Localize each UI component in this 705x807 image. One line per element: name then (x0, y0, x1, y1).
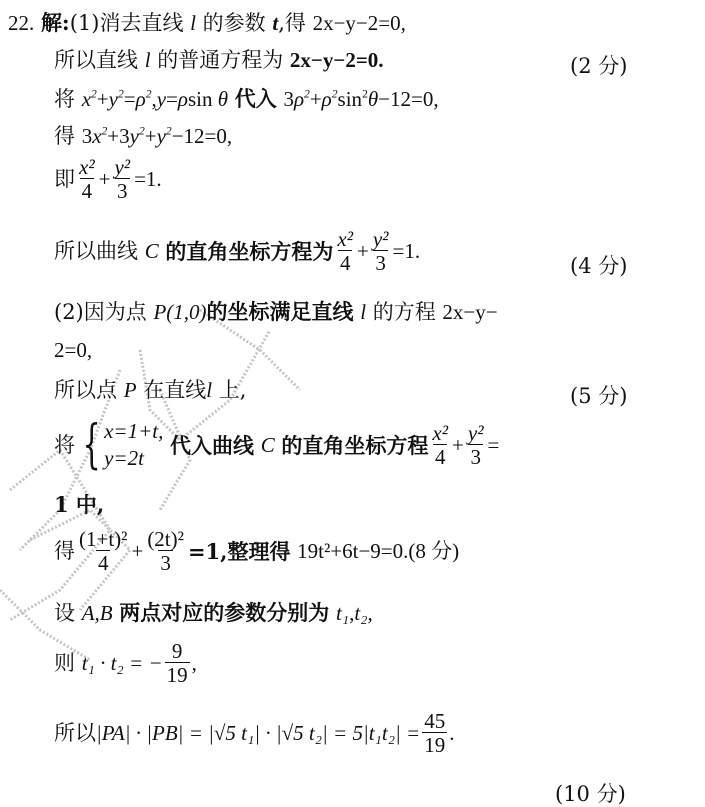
fraction-y2-3: y²3 (112, 156, 132, 203)
score-5: (5 分) (570, 380, 627, 410)
equation: |PA| · |PB| = |√5 t₁| · |√5 t₂| = 5|t₁t₂… (96, 723, 420, 744)
fraction-9-19: 919 (165, 640, 190, 687)
equation: 2x−y−2=0. (290, 48, 384, 72)
text: 则 (54, 653, 75, 674)
point-p: P(1,0) (153, 300, 206, 324)
text: 得 (54, 124, 75, 148)
fraction-1t-4: (1+t)²4 (77, 528, 129, 575)
equation: 2x−y− (442, 300, 497, 324)
solution-line-11: 1 中, (54, 494, 104, 515)
score-8: (8 分) (408, 541, 459, 562)
solution-label: 解: (41, 10, 70, 35)
text: 的参数 (203, 11, 266, 35)
text: 代入 (235, 86, 277, 111)
problem-number: 22. (8, 11, 34, 35)
solution-line-5: 即 x²4 + y²3 =1. (54, 156, 162, 203)
fraction-y2-3: y²3 (371, 228, 391, 275)
text: 设 (54, 601, 75, 625)
text: 的直角坐标方程 (281, 435, 428, 456)
equation: 2x−y−2=0, (313, 11, 406, 35)
solution-line-15: 所以 |PA| · |PB| = |√5 t₁| · |√5 t₂| = 5|t… (54, 710, 454, 757)
fraction-x2-4: x²4 (430, 422, 450, 469)
text: 的坐标满足直线 (207, 299, 354, 324)
solution-line-12: 得 (1+t)²4 + (2t)²3 =1,整理得 19t²+6t−9=0. (… (54, 528, 459, 575)
solution-line-3: 将 x2+y2=ρ2,y=ρsin θ 代入 3ρ2+ρ2sin2θ−12=0, (54, 88, 439, 110)
fraction-x2-4: x²4 (77, 156, 97, 203)
text: 得 (54, 541, 75, 562)
text: 将 (54, 87, 75, 111)
text: 的直角坐标方程为 (165, 241, 333, 262)
fraction-y2-3: y²3 (466, 422, 486, 469)
solution-line-14: 则 t₁ · t₂ = − 919 , (54, 640, 197, 687)
equation: 2=0, (54, 338, 92, 362)
fraction-2t-3: (2t)²3 (145, 528, 186, 575)
solution-line-4: 得 3x2+3y2+y2−12=0, (54, 126, 232, 147)
text: 即 (54, 169, 75, 190)
text: 上, (219, 378, 247, 402)
text: (2)因为点 (54, 300, 147, 324)
solution-line-1: 22. 解:(1)消去直线 l 的参数 t,得 2x−y−2=0, (8, 12, 406, 34)
text: 代入曲线 (170, 435, 254, 456)
solution-line-2: 所以直线 l 的普通方程为 2x−y−2=0. (54, 50, 384, 71)
score-4: (4 分) (570, 250, 627, 280)
score-2: (2 分) (570, 50, 627, 80)
fraction-x2-4: x²4 (335, 228, 355, 275)
text: 的普通方程为 (157, 48, 283, 72)
text: 在直线 (143, 378, 206, 402)
equation-system: { x=1+t,y=2t (75, 418, 163, 473)
text: 所以曲线 (54, 241, 138, 262)
var-l: l (190, 11, 196, 35)
score-10: (10 分) (555, 778, 626, 807)
solution-line-13: 设 A,B 两点对应的参数分别为 t₁,t₂, (54, 602, 373, 624)
part1-text: (1)消去直线 (70, 11, 184, 35)
text: =1,整理得 (188, 541, 291, 562)
text: 两点对应的参数分别为 (119, 600, 329, 625)
fraction-45-19: 4519 (422, 710, 447, 757)
solution-line-9: 所以点 P 在直线l 上, (54, 380, 246, 401)
equation: 19t²+6t−9=0. (297, 541, 408, 562)
text: 所以直线 (54, 48, 138, 72)
var-l: l (145, 48, 151, 72)
solution-line-8: 2=0, (54, 340, 92, 361)
solution-line-6: 所以曲线 C 的直角坐标方程为 x²4 + y²3 =1. (54, 228, 420, 275)
text: 的方程 (373, 300, 436, 324)
text: 所以 (54, 723, 96, 744)
text: ,得 (278, 11, 306, 35)
text: 将 (54, 435, 75, 456)
solution-line-7: (2)因为点 P(1,0)的坐标满足直线 l 的方程 2x−y− (54, 301, 498, 323)
solution-line-10: 将 { x=1+t,y=2t 代入曲线 C 的直角坐标方程 x²4 + y²3 … (54, 418, 499, 473)
text: 所以点 (54, 378, 117, 402)
